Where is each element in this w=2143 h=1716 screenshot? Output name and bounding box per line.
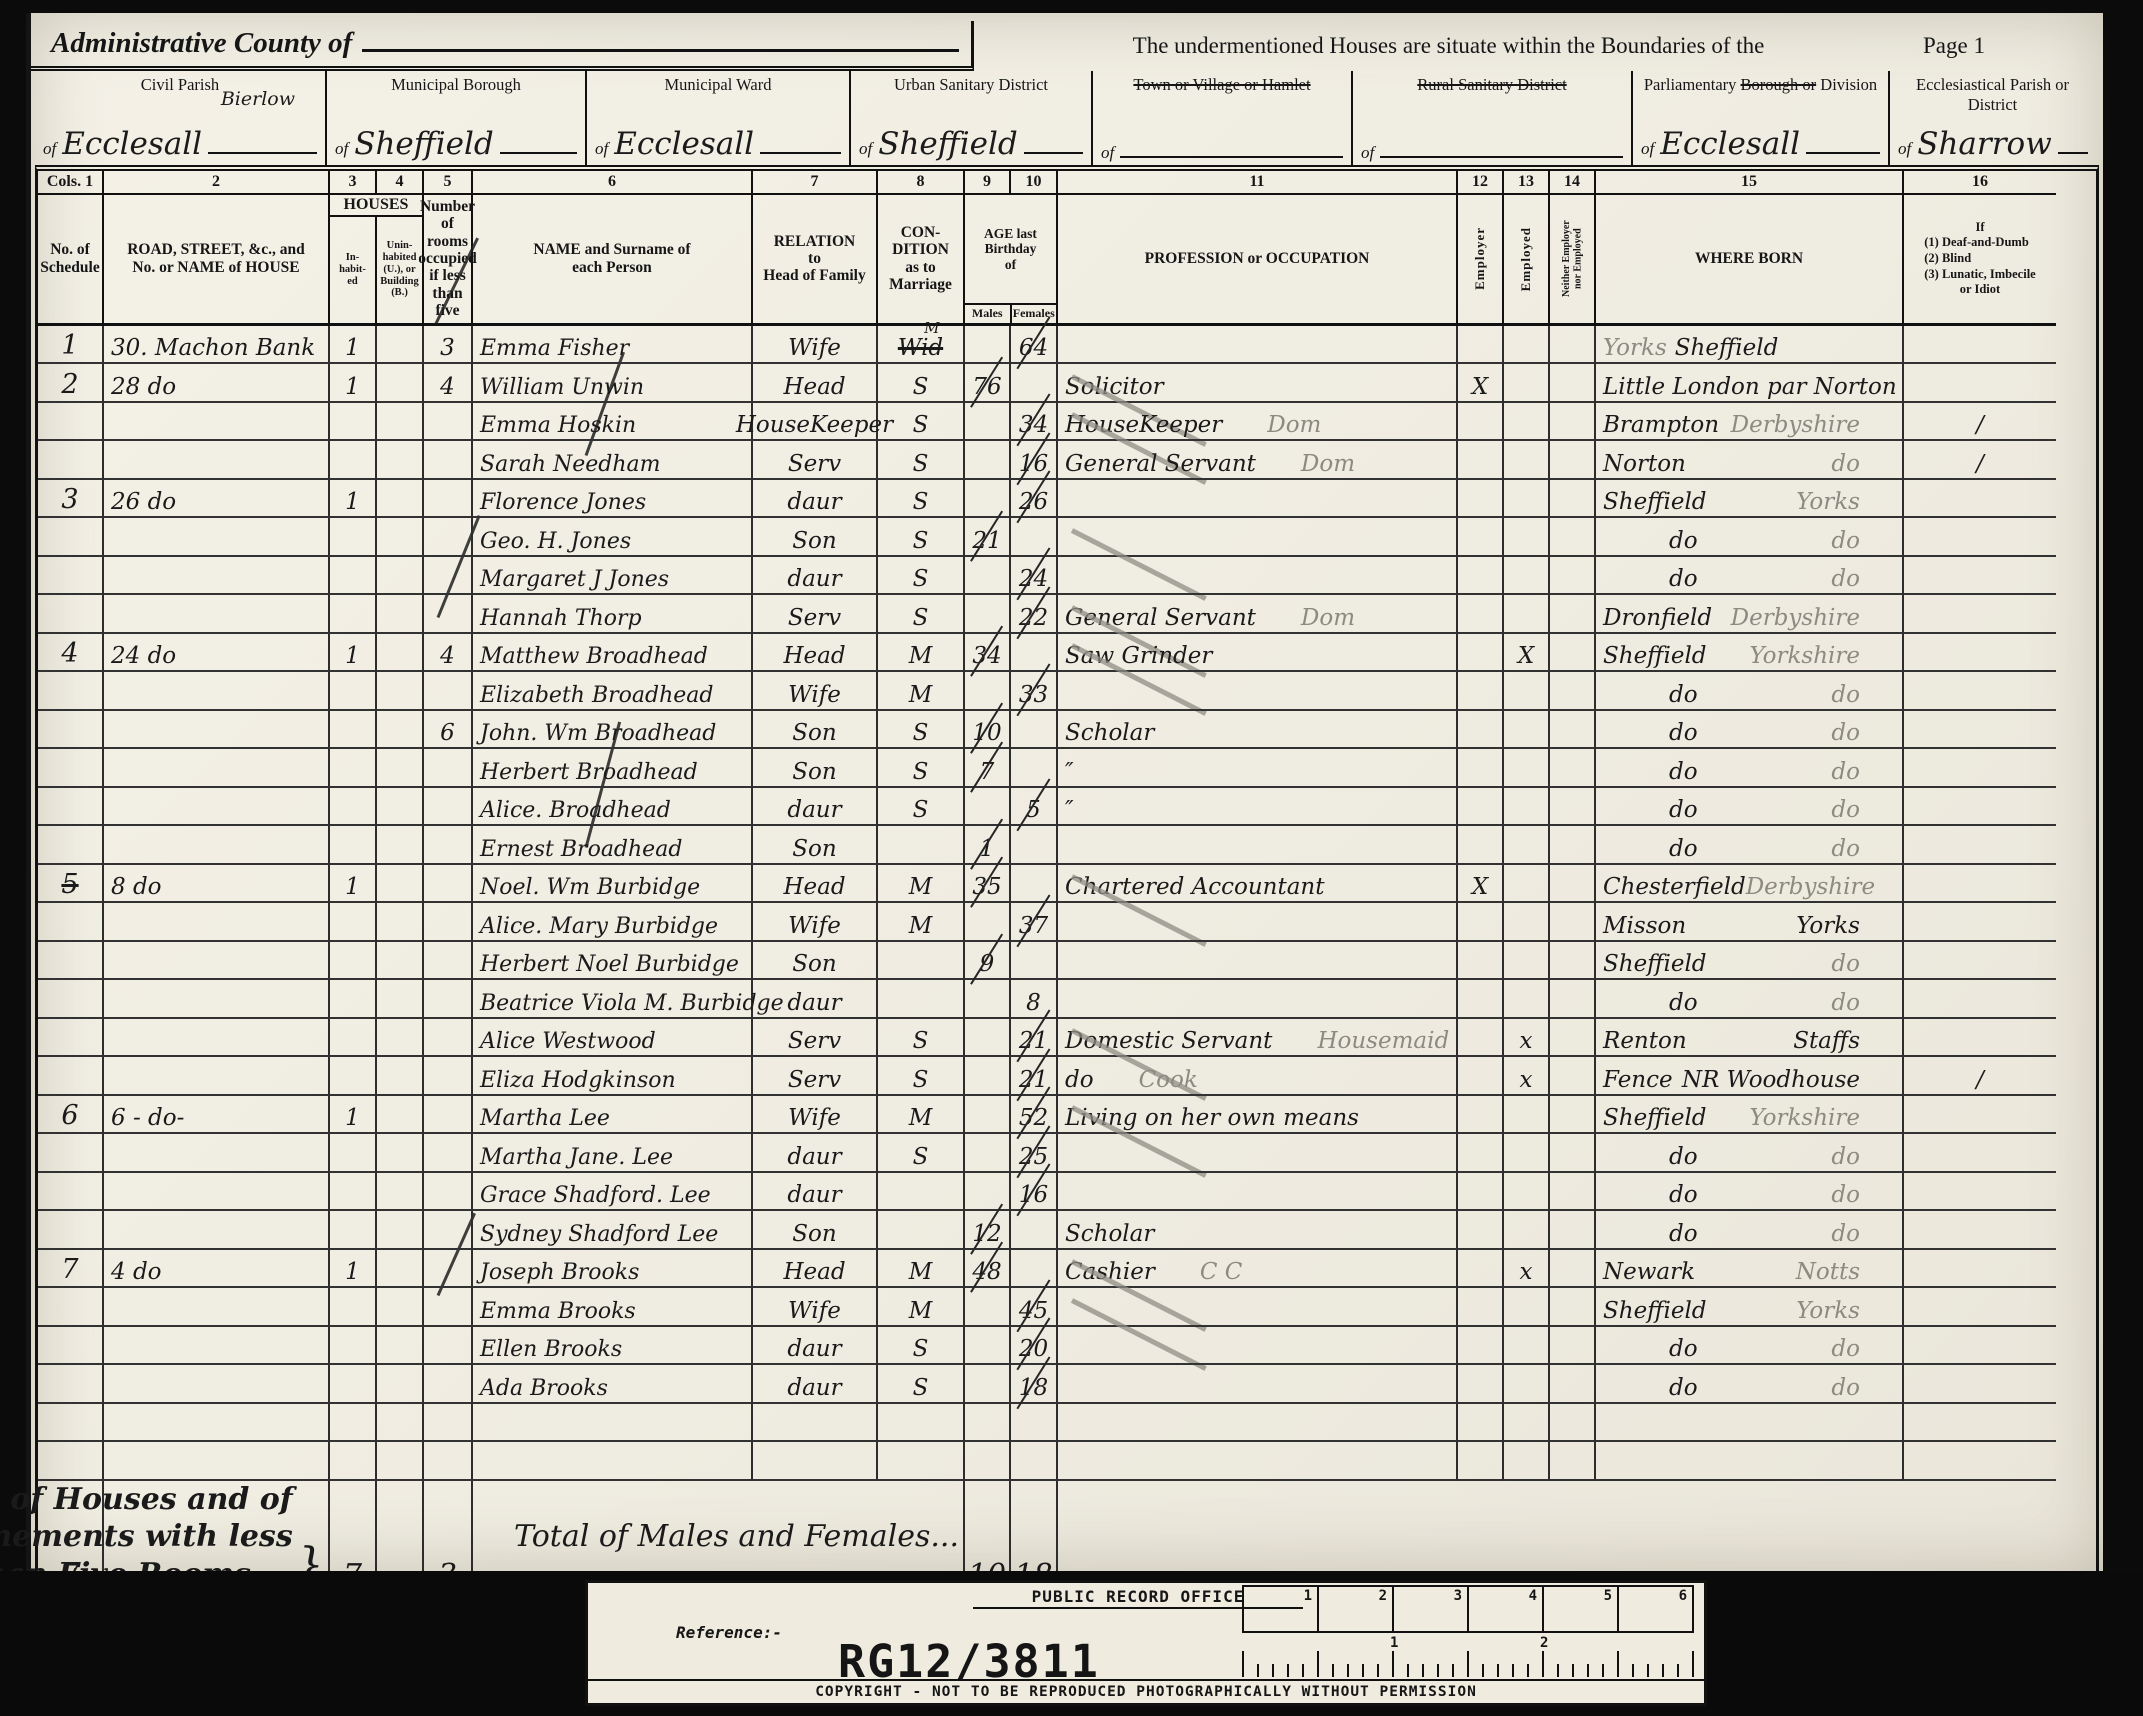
cell-age-male: 35 [965, 865, 1011, 904]
cell-uninhabited [377, 903, 424, 942]
cell-employed [1504, 480, 1550, 519]
cell-relation: Serv [753, 441, 878, 480]
header-where-born: WHERE BORN [1596, 195, 1904, 326]
cell-schedule [38, 1327, 104, 1366]
cell-uninhabited [377, 865, 424, 904]
cell-age-male: 9 [965, 942, 1011, 981]
cell-schedule [38, 1288, 104, 1327]
cell-address [104, 403, 330, 442]
cell-uninhabited [377, 326, 424, 365]
cell-relation: daur [753, 1365, 878, 1404]
cell-rooms [424, 749, 473, 788]
cell-name: Elizabeth Broadhead [473, 672, 753, 711]
cell-address: 4 do [104, 1250, 330, 1289]
cell-age-female [1011, 826, 1058, 865]
cell-neither [1550, 480, 1596, 519]
cell-uninhabited [377, 518, 424, 557]
cell-age-female: 26 [1011, 480, 1058, 519]
census-rows: 130. Machon Bank13Emma FisherWifeWidM64Y… [38, 326, 2096, 1481]
cell-uninhabited [377, 595, 424, 634]
cell-neither [1550, 826, 1596, 865]
cell-schedule: 4 [38, 634, 104, 673]
cell-employed [1504, 903, 1550, 942]
cell-uninhabited [377, 942, 424, 981]
cell-relation: Wife [753, 903, 878, 942]
cell-neither [1550, 403, 1596, 442]
cell-condition: S [878, 518, 965, 557]
cell-schedule [38, 1134, 104, 1173]
census-row: Alice WestwoodServS21Domestic ServantHou… [38, 1019, 2096, 1058]
cell-age-female [1011, 364, 1058, 403]
cell-relation: Son [753, 942, 878, 981]
cell-occupation: General ServantDom [1058, 595, 1458, 634]
cell-condition: M [878, 634, 965, 673]
cell-employer [1458, 903, 1504, 942]
census-row: Ada BrooksdaurS18dodo [38, 1365, 2096, 1404]
cell-employed [1504, 1173, 1550, 1212]
ruler-centimetres: 1 2 [1242, 1631, 1694, 1677]
cell-employer [1458, 557, 1504, 596]
cell-where-born: dodo [1596, 557, 1904, 596]
cell-employer [1458, 480, 1504, 519]
cell-name: Sarah Needham [473, 441, 753, 480]
cell-relation: Son [753, 711, 878, 750]
cell-employed [1504, 326, 1550, 365]
cell-where-born: Sheffielddo [1596, 942, 1904, 981]
cell-uninhabited [377, 1134, 424, 1173]
measuring-ruler: 1 2 3 4 5 6 1 2 [1242, 1585, 1694, 1677]
cell-inhabited [330, 1211, 377, 1250]
cell-address [104, 1404, 330, 1443]
cell-neither [1550, 441, 1596, 480]
cell-employed: x [1504, 1250, 1550, 1289]
cell-inhabited [330, 1019, 377, 1058]
cell-name: Sydney Shadford Lee [473, 1211, 753, 1250]
ruler-inch: 1 [1244, 1587, 1317, 1631]
cell-employer [1458, 826, 1504, 865]
cell-uninhabited [377, 1404, 424, 1443]
cell-name: Beatrice Viola M. Burbidge [473, 980, 753, 1019]
cell-address [104, 1327, 330, 1366]
cell-uninhabited [377, 557, 424, 596]
cell-employed [1504, 364, 1550, 403]
cell-infirmity [1904, 634, 2056, 673]
cell-neither [1550, 1404, 1596, 1443]
summary-row: 7 Total of Houses and of Tenements with … [38, 1481, 2096, 1577]
cell-rooms [424, 1134, 473, 1173]
col-number: 8 [878, 171, 965, 195]
cell-relation: daur [753, 1134, 878, 1173]
cell-neither [1550, 711, 1596, 750]
cell-where-born: dodo [1596, 1365, 1904, 1404]
header-uninhabited: Unin- habited (U.), or Building (B.) [377, 217, 422, 323]
cell-uninhabited [377, 1442, 424, 1481]
cell-condition: S [878, 749, 965, 788]
cell-schedule [38, 1365, 104, 1404]
cell-uninhabited [377, 1365, 424, 1404]
census-row: Eliza HodgkinsonServS21doCookxFenceNR Wo… [38, 1057, 2096, 1096]
cell-occupation [1058, 518, 1458, 557]
cell-neither [1550, 980, 1596, 1019]
cell-occupation: Scholar [1058, 711, 1458, 750]
cell-schedule [38, 1442, 104, 1481]
cell-address: 28 do [104, 364, 330, 403]
district-label: Parliamentary Borough or Division [1633, 75, 1888, 95]
cell-address: 30. Machon Bank [104, 326, 330, 365]
cell-infirmity [1904, 672, 2056, 711]
cell-rooms [424, 1173, 473, 1212]
cell-age-male [965, 1288, 1011, 1327]
header-rooms: Number of rooms occupied if less than fi… [424, 195, 473, 326]
ruler-inch: 4 [1467, 1587, 1542, 1631]
cell-name: Ernest Broadhead [473, 826, 753, 865]
cell-occupation [1058, 326, 1458, 365]
cell-employer [1458, 1057, 1504, 1096]
cell-age-female: 18 [1011, 1365, 1058, 1404]
cell-age-female: 52 [1011, 1096, 1058, 1135]
cell-name [473, 1442, 753, 1481]
administrative-county-label: Administrative County of [51, 27, 352, 60]
cell-where-born: dodo [1596, 1211, 1904, 1250]
cell-address [104, 942, 330, 981]
cell-where-born: Little London par Norton [1596, 364, 1904, 403]
cell-employed [1504, 557, 1550, 596]
cell-relation: Head [753, 865, 878, 904]
cell-infirmity [1904, 1365, 2056, 1404]
cell-condition [878, 826, 965, 865]
cell-infirmity: / [1904, 403, 2056, 442]
cell-neither [1550, 1211, 1596, 1250]
cell-age-female: 20 [1011, 1327, 1058, 1366]
column-numbers-row: Cols. 1 2 3 4 5 6 7 8 9 10 11 12 13 14 1… [38, 171, 2096, 195]
cell-uninhabited [377, 403, 424, 442]
cell-inhabited [330, 1404, 377, 1443]
cell-schedule [38, 595, 104, 634]
cell-employed [1504, 865, 1550, 904]
cell-infirmity [1904, 865, 2056, 904]
cell-condition [878, 1173, 965, 1212]
column-headers-row: No. of Schedule ROAD, STREET, &c., and N… [38, 195, 2096, 326]
cell-where-born: DronfieldDerbyshire [1596, 595, 1904, 634]
cell-age-male [965, 441, 1011, 480]
cell-rooms [424, 903, 473, 942]
district-box: Ecclesiastical Parish or DistrictofSharr… [1888, 71, 2095, 165]
cell-where-born: dodo [1596, 980, 1904, 1019]
cell-condition: S [878, 1365, 965, 1404]
cell-age-female: 45 [1011, 1288, 1058, 1327]
cell-condition: S [878, 595, 965, 634]
census-row: Sydney Shadford LeeSon12Scholardodo [38, 1211, 2096, 1250]
cell-employed [1504, 672, 1550, 711]
cell-employed [1504, 711, 1550, 750]
cell-schedule [38, 557, 104, 596]
cell-employer [1458, 711, 1504, 750]
cell-address [104, 595, 330, 634]
cell-infirmity [1904, 1442, 2056, 1481]
cell-employed [1504, 1096, 1550, 1135]
census-scan-page: { "header": { "admin_county_label": "Adm… [0, 0, 2143, 1716]
cell-infirmity [1904, 788, 2056, 827]
cell-uninhabited [377, 749, 424, 788]
header-inhabited: In- habit- ed [330, 217, 377, 323]
cell-rooms [424, 1365, 473, 1404]
cell-neither [1550, 326, 1596, 365]
cell-age-female: 37 [1011, 903, 1058, 942]
district-label: Municipal Ward [587, 75, 849, 95]
district-box: Municipal BoroughofSheffield [325, 71, 585, 165]
district-annotation: Bierlow [221, 88, 295, 111]
cell-employer [1458, 1442, 1504, 1481]
cell-where-born: SheffieldYorkshire [1596, 1096, 1904, 1135]
cell-rooms [424, 441, 473, 480]
cell-employed [1504, 595, 1550, 634]
cell-neither [1550, 1288, 1596, 1327]
cell-age-male [965, 595, 1011, 634]
cell-address [104, 749, 330, 788]
cell-condition: S [878, 1057, 965, 1096]
cell-uninhabited [377, 1211, 424, 1250]
census-row: Margaret J JonesdaurS24dodo [38, 557, 2096, 596]
cell-age-female [1011, 518, 1058, 557]
cell-name: Ada Brooks [473, 1365, 753, 1404]
census-row: 66 - do-1Martha LeeWifeM52Living on her … [38, 1096, 2096, 1135]
cell-age-female: 22 [1011, 595, 1058, 634]
cell-uninhabited [377, 1096, 424, 1135]
cell-uninhabited [377, 1288, 424, 1327]
census-row: Elizabeth BroadheadWifeM33dodo [38, 672, 2096, 711]
cell-address [104, 1365, 330, 1404]
cell-name: William Unwin [473, 364, 753, 403]
cell-inhabited: 1 [330, 1096, 377, 1135]
cell-employed [1504, 826, 1550, 865]
cell-occupation: Living on her own means [1058, 1096, 1458, 1135]
cell-age-female [1011, 1211, 1058, 1250]
cell-neither [1550, 634, 1596, 673]
cell-relation: daur [753, 1327, 878, 1366]
cell-rooms [424, 942, 473, 981]
col-number: 11 [1058, 171, 1458, 195]
cell-employer [1458, 441, 1504, 480]
cell-schedule [38, 903, 104, 942]
cell-uninhabited [377, 672, 424, 711]
cell-employer [1458, 1096, 1504, 1135]
administrative-county-blank-line [362, 29, 959, 52]
cell-age-female [1011, 749, 1058, 788]
cell-employed [1504, 1442, 1550, 1481]
cell-occupation [1058, 826, 1458, 865]
cell-uninhabited [377, 1327, 424, 1366]
district-value: Sheffield [354, 126, 494, 163]
census-row: Grace Shadford. Leedaur16dodo [38, 1173, 2096, 1212]
cell-name: Margaret J Jones [473, 557, 753, 596]
cell-employed [1504, 788, 1550, 827]
cell-age-male: 34 [965, 634, 1011, 673]
cell-employed [1504, 1365, 1550, 1404]
cell-neither [1550, 364, 1596, 403]
cell-infirmity [1904, 1404, 2056, 1443]
census-row: Herbert Noel BurbidgeSon9Sheffielddo [38, 942, 2096, 981]
cell-where-born: ChesterfieldDerbyshire [1596, 865, 1904, 904]
district-box: Parliamentary Borough or DivisionofEccle… [1631, 71, 1888, 165]
cell-rooms [424, 1288, 473, 1327]
district-label: Town or Village or Hamlet [1093, 75, 1351, 95]
header-condition: CON- DITION as to Marriage [878, 195, 965, 326]
col-number: 3 [330, 171, 377, 195]
cell-employed [1504, 1134, 1550, 1173]
cell-infirmity [1904, 1211, 2056, 1250]
cell-condition [878, 1211, 965, 1250]
cell-name: Noel. Wm Burbidge [473, 865, 753, 904]
cell-employer [1458, 403, 1504, 442]
cell-age-male: 7 [965, 749, 1011, 788]
cell-rooms [424, 672, 473, 711]
cell-age-female: 34 [1011, 403, 1058, 442]
census-row: Sarah NeedhamServS16General ServantDomNo… [38, 441, 2096, 480]
cell-where-born: SheffieldYorks [1596, 1288, 1904, 1327]
cell-where-born: dodo [1596, 788, 1904, 827]
census-row: Martha Jane. LeedaurS25dodo [38, 1134, 2096, 1173]
cell-age-male [965, 1173, 1011, 1212]
cell-condition [878, 942, 965, 981]
cell-name: Emma Fisher [473, 326, 753, 365]
cell-employer [1458, 326, 1504, 365]
cell-employer [1458, 672, 1504, 711]
cell-age-female [1011, 1250, 1058, 1289]
cell-neither [1550, 595, 1596, 634]
cell-name: Matthew Broadhead [473, 634, 753, 673]
cell-occupation: Scholar [1058, 1211, 1458, 1250]
cell-inhabited [330, 441, 377, 480]
district-label: Rural Sanitary District [1353, 75, 1631, 95]
cell-occupation [1058, 1365, 1458, 1404]
cell-neither [1550, 1327, 1596, 1366]
cell-name [473, 1404, 753, 1443]
cell-neither [1550, 1057, 1596, 1096]
cell-name: Martha Lee [473, 1096, 753, 1135]
district-box: Urban Sanitary DistrictofSheffield [849, 71, 1091, 165]
cell-address [104, 557, 330, 596]
cell-name: Herbert Noel Burbidge [473, 942, 753, 981]
col-number: 16 [1904, 171, 2056, 195]
district-box: Municipal WardofEcclesall [585, 71, 849, 165]
census-row: Herbert BroadheadSonS7″dodo [38, 749, 2096, 788]
cell-where-born: YorksSheffield [1596, 326, 1904, 365]
cell-inhabited [330, 942, 377, 981]
cell-age-female [1011, 711, 1058, 750]
cell-inhabited [330, 1327, 377, 1366]
header-age: AGE last Birthday of Males Females [965, 195, 1058, 326]
cell-condition: S [878, 788, 965, 827]
cell-infirmity [1904, 480, 2056, 519]
district-label: Ecclesiastical Parish or District [1890, 75, 2095, 115]
cell-where-born [1596, 1442, 1904, 1481]
cell-where-born: Nortondo [1596, 441, 1904, 480]
cell-where-born: dodo [1596, 518, 1904, 557]
cell-condition: M [878, 1250, 965, 1289]
cell-address [104, 518, 330, 557]
cell-infirmity [1904, 826, 2056, 865]
census-row: 130. Machon Bank13Emma FisherWifeWidM64Y… [38, 326, 2096, 365]
reference-label: Reference:- [676, 1623, 782, 1642]
cell-rooms [424, 1211, 473, 1250]
cell-name: Emma Brooks [473, 1288, 753, 1327]
cell-inhabited [330, 711, 377, 750]
census-row [38, 1404, 2096, 1443]
census-row: Emma HoskinHouseKeeperS34HouseKeeperDomB… [38, 403, 2096, 442]
cell-uninhabited [377, 788, 424, 827]
cell-employer: X [1458, 364, 1504, 403]
header-road-street: ROAD, STREET, &c., and No. or NAME of HO… [104, 195, 330, 326]
cell-name: Ellen Brooks [473, 1327, 753, 1366]
cell-employer [1458, 788, 1504, 827]
cell-rooms [424, 1404, 473, 1443]
col-number: 13 [1504, 171, 1550, 195]
cell-rooms [424, 1019, 473, 1058]
cell-infirmity: / [1904, 1057, 2056, 1096]
census-form-paper: Administrative County of The undermentio… [26, 13, 2103, 1571]
cell-employed [1504, 942, 1550, 981]
cell-occupation [1058, 980, 1458, 1019]
cell-uninhabited [377, 1057, 424, 1096]
cell-infirmity [1904, 518, 2056, 557]
cell-name: Alice. Broadhead [473, 788, 753, 827]
col-number: 5 [424, 171, 473, 195]
cell-infirmity [1904, 980, 2056, 1019]
cell-condition: M [878, 672, 965, 711]
cell-infirmity [1904, 1173, 2056, 1212]
census-row: 228 do14William UnwinHeadS76SolicitorXLi… [38, 364, 2096, 403]
cell-infirmity [1904, 326, 2056, 365]
district-value: Ecclesall [62, 126, 202, 163]
cell-relation: Son [753, 1211, 878, 1250]
cell-schedule [38, 826, 104, 865]
cell-infirmity [1904, 903, 2056, 942]
cell-name: John. Wm Broadhead [473, 711, 753, 750]
cell-age-female: 21 [1011, 1057, 1058, 1096]
cell-age-female: 5 [1011, 788, 1058, 827]
header-employer: Employer [1458, 195, 1504, 326]
cell-neither [1550, 1365, 1596, 1404]
cell-address [104, 826, 330, 865]
col-number: 15 [1596, 171, 1904, 195]
cell-occupation: Chartered Accountant [1058, 865, 1458, 904]
cell-employer [1458, 980, 1504, 1019]
cell-rooms [424, 865, 473, 904]
cell-inhabited [330, 788, 377, 827]
cell-infirmity: / [1904, 441, 2056, 480]
cell-condition: S [878, 1327, 965, 1366]
cell-schedule [38, 788, 104, 827]
cell-age-male [965, 1327, 1011, 1366]
ruler-inch: 3 [1392, 1587, 1467, 1631]
cell-address [104, 980, 330, 1019]
cell-schedule [38, 1404, 104, 1443]
cell-condition: WidM [878, 326, 965, 365]
cell-uninhabited [377, 364, 424, 403]
cell-where-born [1596, 1404, 1904, 1443]
cell-rooms [424, 557, 473, 596]
cell-relation: Wife [753, 1096, 878, 1135]
cell-occupation: CashierC C [1058, 1250, 1458, 1289]
cell-age-male [965, 480, 1011, 519]
cell-condition [878, 980, 965, 1019]
cell-age-male [965, 403, 1011, 442]
cell-relation: Son [753, 518, 878, 557]
cell-schedule [38, 942, 104, 981]
census-row: Hannah ThorpServS22General ServantDomDro… [38, 595, 2096, 634]
cell-occupation: Solicitor [1058, 364, 1458, 403]
cell-employed: x [1504, 1019, 1550, 1058]
